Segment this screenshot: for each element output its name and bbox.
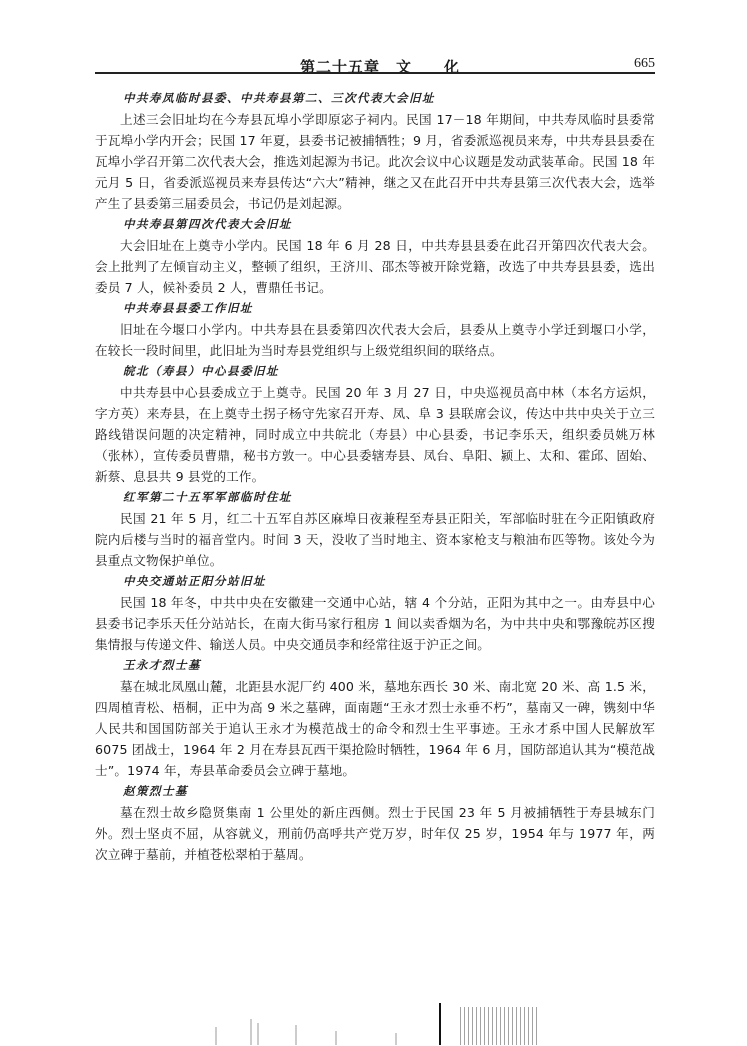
section-heading: 赵策烈士墓: [95, 781, 655, 802]
section-zhengyang-station: 中央交通站正阳分站旧址 民国 18 年冬，中共中央在安徽建一交通中心站，辖 4 …: [95, 571, 655, 655]
section-heading: 中共寿县第四次代表大会旧址: [95, 214, 655, 235]
scan-artifact-bar: [439, 1003, 441, 1045]
section-paragraph: 上述三会旧址均在今寿县瓦埠小学即原宓子祠内。民国 17－18 年期间，中共寿凤临…: [95, 109, 655, 214]
section-fourth-congress: 中共寿县第四次代表大会旧址 大会旧址在上奠寺小学内。民国 18 年 6 月 28…: [95, 214, 655, 298]
section-paragraph: 民国 18 年冬，中共中央在安徽建一交通中心站，辖 4 个分站，正阳为其中之一。…: [95, 592, 655, 655]
scan-artifact-block: [460, 1007, 540, 1045]
section-heading: 红军第二十五军军部临时住址: [95, 487, 655, 508]
section-paragraph: 墓在城北凤凰山麓，北距县水泥厂约 400 米，墓地东西长 30 米、南北宽 20…: [95, 676, 655, 781]
section-paragraph: 墓在烈士故乡隐贤集南 1 公里处的新庄西侧。烈士于民国 23 年 5 月被捕牺牲…: [95, 802, 655, 865]
section-red-army-25: 红军第二十五军军部临时住址 民国 21 年 5 月，红二十五军自苏区麻埠日夜兼程…: [95, 487, 655, 571]
section-wang-yongcai-tomb: 王永才烈士墓 墓在城北凤凰山麓，北距县水泥厂约 400 米，墓地东西长 30 米…: [95, 655, 655, 781]
section-paragraph: 旧址在今堰口小学内。中共寿县在县委第四次代表大会后，县委从上奠寺小学迁到堰口小学…: [95, 319, 655, 361]
section-zhao-ce-tomb: 赵策烈士墓 墓在烈士故乡隐贤集南 1 公里处的新庄西侧。烈士于民国 23 年 5…: [95, 781, 655, 865]
section-heading: 中共寿县县委工作旧址: [95, 298, 655, 319]
section-heading: 中共寿凤临时县委、中共寿县第二、三次代表大会旧址: [95, 88, 655, 109]
page-number: 665: [634, 56, 655, 72]
section-paragraph: 民国 21 年 5 月，红二十五军自苏区麻埠日夜兼程至寿县正阳关，军部临时驻在今…: [95, 508, 655, 571]
header-rule: [95, 72, 655, 74]
section-heading: 中央交通站正阳分站旧址: [95, 571, 655, 592]
section-county-committee: 中共寿县县委工作旧址 旧址在今堰口小学内。中共寿县在县委第四次代表大会后，县委从…: [95, 298, 655, 361]
section-heading: 王永才烈士墓: [95, 655, 655, 676]
section-wanbei-center: 皖北（寿县）中心县委旧址 中共寿县中心县委成立于上奠寺。民国 20 年 3 月 …: [95, 361, 655, 487]
page-body: 中共寿凤临时县委、中共寿县第二、三次代表大会旧址 上述三会旧址均在今寿县瓦埠小学…: [95, 88, 655, 865]
scan-artifact: [195, 1005, 425, 1045]
section-paragraph: 大会旧址在上奠寺小学内。民国 18 年 6 月 28 日，中共寿县县委在此召开第…: [95, 235, 655, 298]
section-paragraph: 中共寿县中心县委成立于上奠寺。民国 20 年 3 月 27 日，中央巡视员高中林…: [95, 382, 655, 487]
section-heading: 皖北（寿县）中心县委旧址: [95, 361, 655, 382]
section-wafu: 中共寿凤临时县委、中共寿县第二、三次代表大会旧址 上述三会旧址均在今寿县瓦埠小学…: [95, 88, 655, 214]
page-header: 第二十五章 文 化 665: [95, 44, 655, 74]
